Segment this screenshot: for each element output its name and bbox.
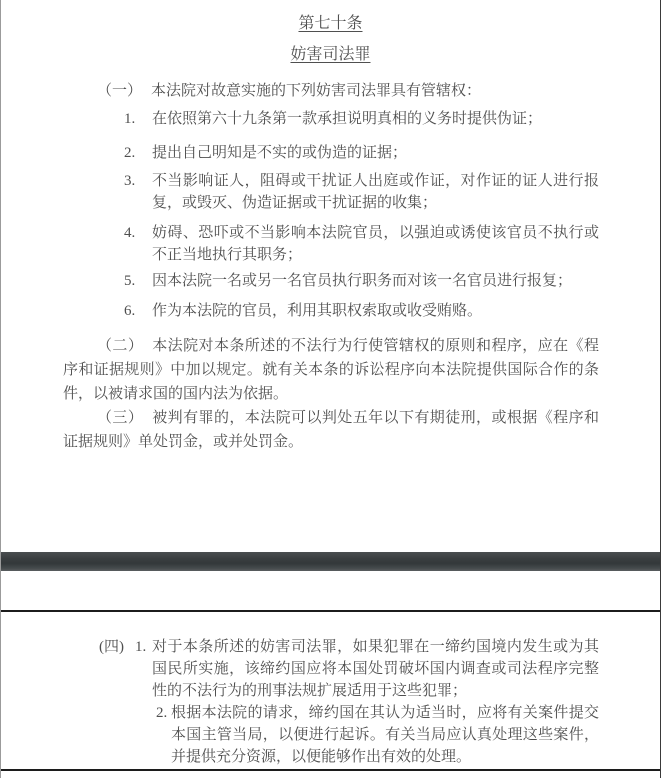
document-viewer[interactable]: 第七十条 妨害司法罪 （一）本法院对故意实施的下列妨害司法罪具有管辖权： 1. …	[0, 0, 661, 778]
paragraph-four-item-2-text: 根据本法院的请求，缔约国在其认为适当时，应将有关案件提交本国主管当局，以便进行起…	[171, 702, 599, 768]
list-item-6-text: 作为本法院的官员，利用其职权索取或收受贿赂。	[152, 300, 599, 322]
list-item-2: 2. 提出自己明知是不实的或伪造的证据；	[124, 142, 599, 164]
list-item-4-number: 4.	[124, 222, 152, 266]
paragraph-one-label: （一）	[97, 83, 142, 99]
paragraph-three-text: 被判有罪的，本法院可以判处五年以下有期徒刑，或根据《程序和证据规则》单处罚金，或…	[63, 410, 599, 450]
paragraph-three-label: （三）	[97, 410, 143, 426]
article-number-heading: 第七十条	[1, 14, 660, 34]
list-item-2-number: 2.	[124, 142, 152, 164]
list-item-5: 5. 因本法院一名或另一名官员执行职务而对该一名官员进行报复；	[124, 270, 599, 292]
list-item-2-text: 提出自己明知是不实的或伪造的证据；	[152, 142, 599, 164]
paragraph-two: （二）本法院对本条所述的不法行为行使管辖权的原则和程序，应在《程序和证据规则》中…	[63, 334, 599, 406]
paragraph-four-item-1: (四) 1. 对于本条所述的妨害司法罪，如果犯罪在一缔约国境内发生或为其国民所实…	[99, 636, 599, 702]
paragraph-four-item-1-number: 1.	[135, 636, 152, 702]
paragraph-four-label: (四)	[99, 636, 135, 702]
paragraph-one-text: 本法院对故意实施的下列妨害司法罪具有管辖权：	[151, 83, 481, 99]
list-item-3: 3. 不当影响证人，阻碍或干扰证人出庭或作证，对作证的证人进行报复，或毁灭、伪造…	[124, 170, 599, 214]
paragraph-three: （三）被判有罪的，本法院可以判处五年以下有期徒刑，或根据《程序和证据规则》单处罚…	[63, 406, 599, 454]
paragraph-four-item-2: 2. 根据本法院的请求，缔约国在其认为适当时，应将有关案件提交本国主管当局，以便…	[156, 702, 599, 768]
list-item-5-text: 因本法院一名或另一名官员执行职务而对该一名官员进行报复；	[152, 270, 599, 292]
page-separator-bar	[1, 552, 660, 571]
paragraph-four-item-2-number: 2.	[156, 702, 171, 768]
article-number-text: 第七十条	[298, 15, 362, 32]
paragraph-one: （一）本法院对故意实施的下列妨害司法罪具有管辖权：	[63, 79, 599, 103]
document-page-1: 第七十条 妨害司法罪 （一）本法院对故意实施的下列妨害司法罪具有管辖权： 1. …	[1, 0, 660, 552]
list-item-6: 6. 作为本法院的官员，利用其职权索取或收受贿赂。	[124, 300, 599, 322]
list-item-4: 4. 妨碍、恐吓或不当影响本法院官员，以强迫或诱使该官员不执行或不正当地执行其职…	[124, 222, 599, 266]
list-item-6-number: 6.	[124, 300, 152, 322]
list-item-3-text: 不当影响证人，阻碍或干扰证人出庭或作证，对作证的证人进行报复，或毁灭、伪造证据或…	[152, 170, 599, 214]
list-item-1: 1. 在依照第六十九条第一款承担说明真相的义务时提供伪证；	[124, 108, 599, 130]
list-item-1-number: 1.	[124, 108, 152, 130]
list-item-1-text: 在依照第六十九条第一款承担说明真相的义务时提供伪证；	[152, 108, 599, 130]
article-title-heading: 妨害司法罪	[1, 45, 660, 65]
paragraph-two-text: 本法院对本条所述的不法行为行使管辖权的原则和程序，应在《程序和证据规则》中加以规…	[63, 338, 599, 402]
paragraph-four-item-1-text: 对于本条所述的妨害司法罪，如果犯罪在一缔约国境内发生或为其国民所实施，该缔约国应…	[152, 636, 599, 702]
article-title-text: 妨害司法罪	[290, 46, 370, 63]
list-item-3-number: 3.	[124, 170, 152, 214]
list-item-5-number: 5.	[124, 270, 152, 292]
paragraph-two-label: （二）	[97, 338, 143, 354]
list-item-4-text: 妨碍、恐吓或不当影响本法院官员，以强迫或诱使该官员不执行或不正当地执行其职务；	[152, 222, 599, 266]
